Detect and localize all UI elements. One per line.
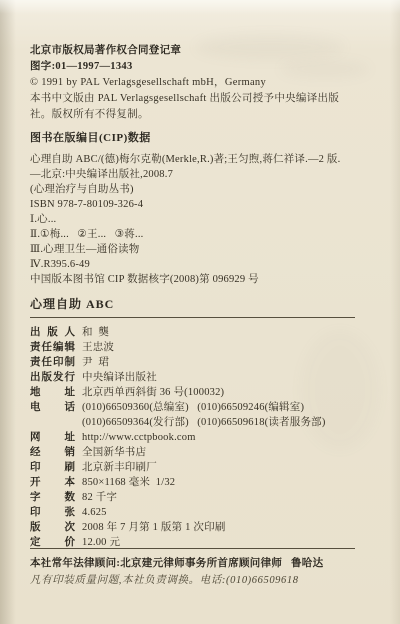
- table-row-address: 地址 北京西单西斜街 36 号(100032): [30, 385, 355, 400]
- divider-above-footer: [30, 548, 355, 549]
- table-row-format: 开本 850×1168 毫米 1/32: [30, 475, 355, 490]
- row-label: 电话: [30, 400, 75, 415]
- table-row-word-count: 字数 82 千字: [30, 490, 355, 505]
- row-value: 中央编译出版社: [82, 370, 355, 385]
- table-row-sheets: 印张 4.625: [30, 505, 355, 520]
- license-chinese-line: 本书中文版由 PAL Verlagsgesellschaft 出版公司授予中央编…: [30, 91, 356, 123]
- row-label: 出版人: [30, 325, 75, 340]
- row-label: 责任印制: [30, 355, 75, 370]
- legal-counsel-line: 本社常年法律顾问:北京建元律师事务所首席顾问律师 鲁哈达: [30, 556, 355, 572]
- row-value: 2008 年 7 月第 1 版第 1 次印刷: [82, 520, 355, 535]
- row-label: 地址: [30, 385, 75, 400]
- table-row-publisher: 出版发行 中央编译出版社: [30, 370, 355, 385]
- row-value: 尹 珺: [82, 355, 355, 370]
- row-label: 出版发行: [30, 370, 75, 385]
- row-label: 开本: [30, 475, 75, 490]
- row-value: (010)66509364(发行部) (010)66509618(读者服务部): [82, 415, 355, 430]
- divider-under-title: [30, 317, 355, 318]
- row-value: 850×1168 毫米 1/32: [82, 475, 355, 490]
- table-row-telephone: 电话 (010)66509360(总编室) (010)66509246(编辑室): [30, 400, 355, 415]
- copyright-english-line: © 1991 by PAL Verlagsgesellschaft mbH，Ge…: [30, 75, 356, 91]
- row-value: 4.625: [82, 505, 355, 520]
- book-colophon-page: 北京市版权局著作权合同登记章 图字:01—1997—1343 © 1991 by…: [0, 0, 400, 624]
- row-value: 北京新丰印刷厂: [82, 460, 355, 475]
- row-value: (010)66509360(总编室) (010)66509246(编辑室): [82, 400, 355, 415]
- book-title: 心理自助 ABC: [30, 296, 355, 312]
- row-value-url: http://www.cctpbook.com: [82, 430, 355, 445]
- scan-edge-shadow-left: [0, 0, 16, 624]
- cip-line-index-1: Ⅰ.心...: [30, 212, 356, 227]
- row-label: 网址: [30, 430, 75, 445]
- row-value: 和 龑: [82, 325, 355, 340]
- row-label: 经销: [30, 445, 75, 460]
- row-label: 印刷: [30, 460, 75, 475]
- table-row-edition: 版次 2008 年 7 月第 1 版第 1 次印刷: [30, 520, 355, 535]
- colophon-block: 心理自助 ABC 出版人 和 龑 责任编辑 王忠波 责任印制 尹 珺 出版发行 …: [30, 296, 355, 550]
- table-row-distributor: 经销 全国新华书店: [30, 445, 355, 460]
- table-row-editor: 责任编辑 王忠波: [30, 340, 355, 355]
- table-row-telephone-continued: (010)66509364(发行部) (010)66509618(读者服务部): [30, 415, 355, 430]
- scan-edge-highlight-top: [0, 0, 400, 14]
- cip-line-title-author: 心理自助 ABC/(德)梅尔克勒(Merkle,R.)著;王匀煦,蒋仁祥译.—2…: [30, 152, 356, 167]
- table-row-website: 网址 http://www.cctpbook.com: [30, 430, 355, 445]
- row-label: 字数: [30, 490, 75, 505]
- cip-heading: 图书在版编目(CIP)数据: [30, 130, 356, 146]
- cip-line-isbn: ISBN 978-7-80109-326-4: [30, 197, 356, 212]
- registry-number-line: 图字:01—1997—1343: [30, 59, 356, 75]
- cip-line-index-4: Ⅳ.R395.6-49: [30, 257, 356, 272]
- registration-stamp-line: 北京市版权局著作权合同登记章: [30, 43, 356, 59]
- scan-edge-shadow-right: [390, 0, 400, 624]
- row-label: 责任编辑: [30, 340, 75, 355]
- row-label: 印张: [30, 505, 75, 520]
- cip-line-publisher: —北京:中央编译出版社,2008.7: [30, 167, 356, 182]
- publication-details-table: 出版人 和 龑 责任编辑 王忠波 责任印制 尹 珺 出版发行 中央编译出版社 地…: [30, 325, 355, 550]
- cip-data-block: 图书在版编目(CIP)数据 心理自助 ABC/(德)梅尔克勒(Merkle,R.…: [30, 130, 356, 287]
- table-row-publisher-person: 出版人 和 龑: [30, 325, 355, 340]
- row-value: 王忠波: [82, 340, 355, 355]
- cip-line-index-3: Ⅲ.心理卫生—通俗读物: [30, 242, 356, 257]
- table-row-print-supervisor: 责任印制 尹 珺: [30, 355, 355, 370]
- cip-verification-number: 中国版本图书馆 CIP 数据核字(2008)第 096929 号: [30, 272, 356, 287]
- row-label: 版次: [30, 520, 75, 535]
- cip-line-series: (心理治疗与自助丛书): [30, 182, 356, 197]
- cip-line-index-2: Ⅱ.①梅... ②王... ③蒋...: [30, 227, 356, 242]
- row-value: 82 千字: [82, 490, 355, 505]
- row-label: [30, 415, 75, 430]
- row-value: 全国新华书店: [82, 445, 355, 460]
- print-quality-notice: 凡有印装质量问题,本社负责调换。电话:(010)66509618: [30, 573, 355, 589]
- table-row-printer: 印刷 北京新丰印刷厂: [30, 460, 355, 475]
- row-value: 北京西单西斜街 36 号(100032): [82, 385, 355, 400]
- footer-block: 本社常年法律顾问:北京建元律师事务所首席顾问律师 鲁哈达 凡有印装质量问题,本社…: [30, 543, 355, 589]
- copyright-registration-block: 北京市版权局著作权合同登记章 图字:01—1997—1343 © 1991 by…: [30, 43, 356, 123]
